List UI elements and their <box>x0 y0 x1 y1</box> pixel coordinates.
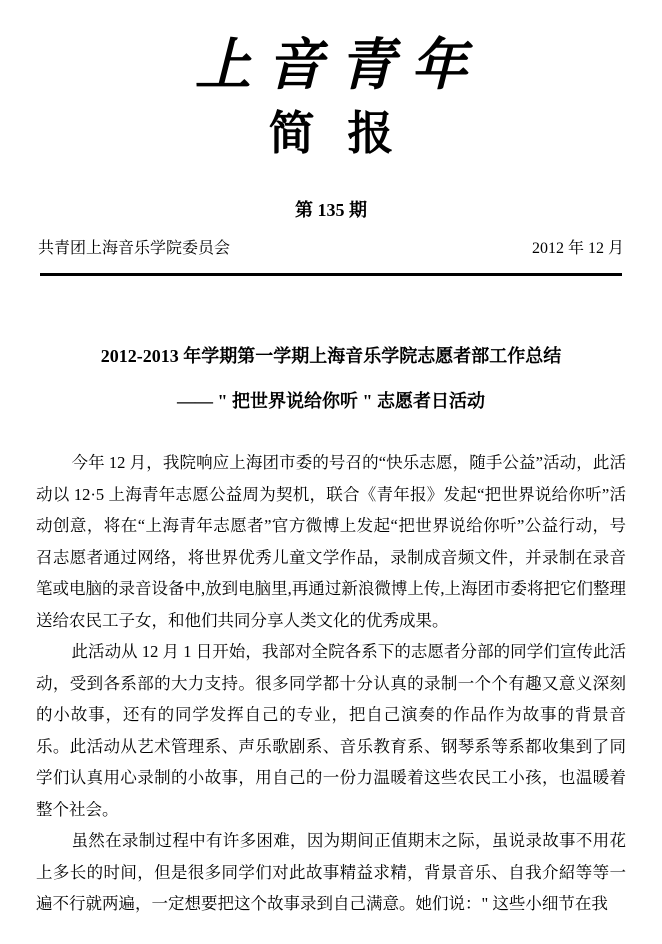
masthead-title: 上音青年 <box>0 34 662 98</box>
publisher-name: 共青团上海音乐学院委员会 <box>38 238 230 260</box>
article-title-line-2: —— " 把世界说给你听 " 志愿者日活动 <box>0 389 662 413</box>
issue-date: 2012 年 12 月 <box>532 238 624 260</box>
issue-number: 第 135 期 <box>0 198 662 222</box>
article-paragraph: 虽然在录制过程中有许多困难，因为期间正值期末之际，虽说录故事不用花上多长的时间，… <box>36 825 626 920</box>
header-divider <box>40 273 622 276</box>
article-paragraph: 此活动从 12 月 1 日开始，我部对全院各系下的志愿者分部的同学们宣传此活动，… <box>36 636 626 825</box>
article-title: 2012-2013 年学期第一学期上海音乐学院志愿者部工作总结 —— " 把世界… <box>0 344 662 413</box>
publisher-date-row: 共青团上海音乐学院委员会 2012 年 12 月 <box>0 238 662 260</box>
article-title-line-1: 2012-2013 年学期第一学期上海音乐学院志愿者部工作总结 <box>0 344 662 368</box>
document-page: 上音青年 简 报 第 135 期 共青团上海音乐学院委员会 2012 年 12 … <box>0 0 662 944</box>
article-body: 今年 12 月，我院响应上海团市委的号召的“快乐志愿，随手公益”活动，此活动以 … <box>36 447 626 920</box>
article-paragraph: 今年 12 月，我院响应上海团市委的号召的“快乐志愿，随手公益”活动，此活动以 … <box>36 447 626 636</box>
masthead-subtitle: 简 报 <box>0 106 662 160</box>
